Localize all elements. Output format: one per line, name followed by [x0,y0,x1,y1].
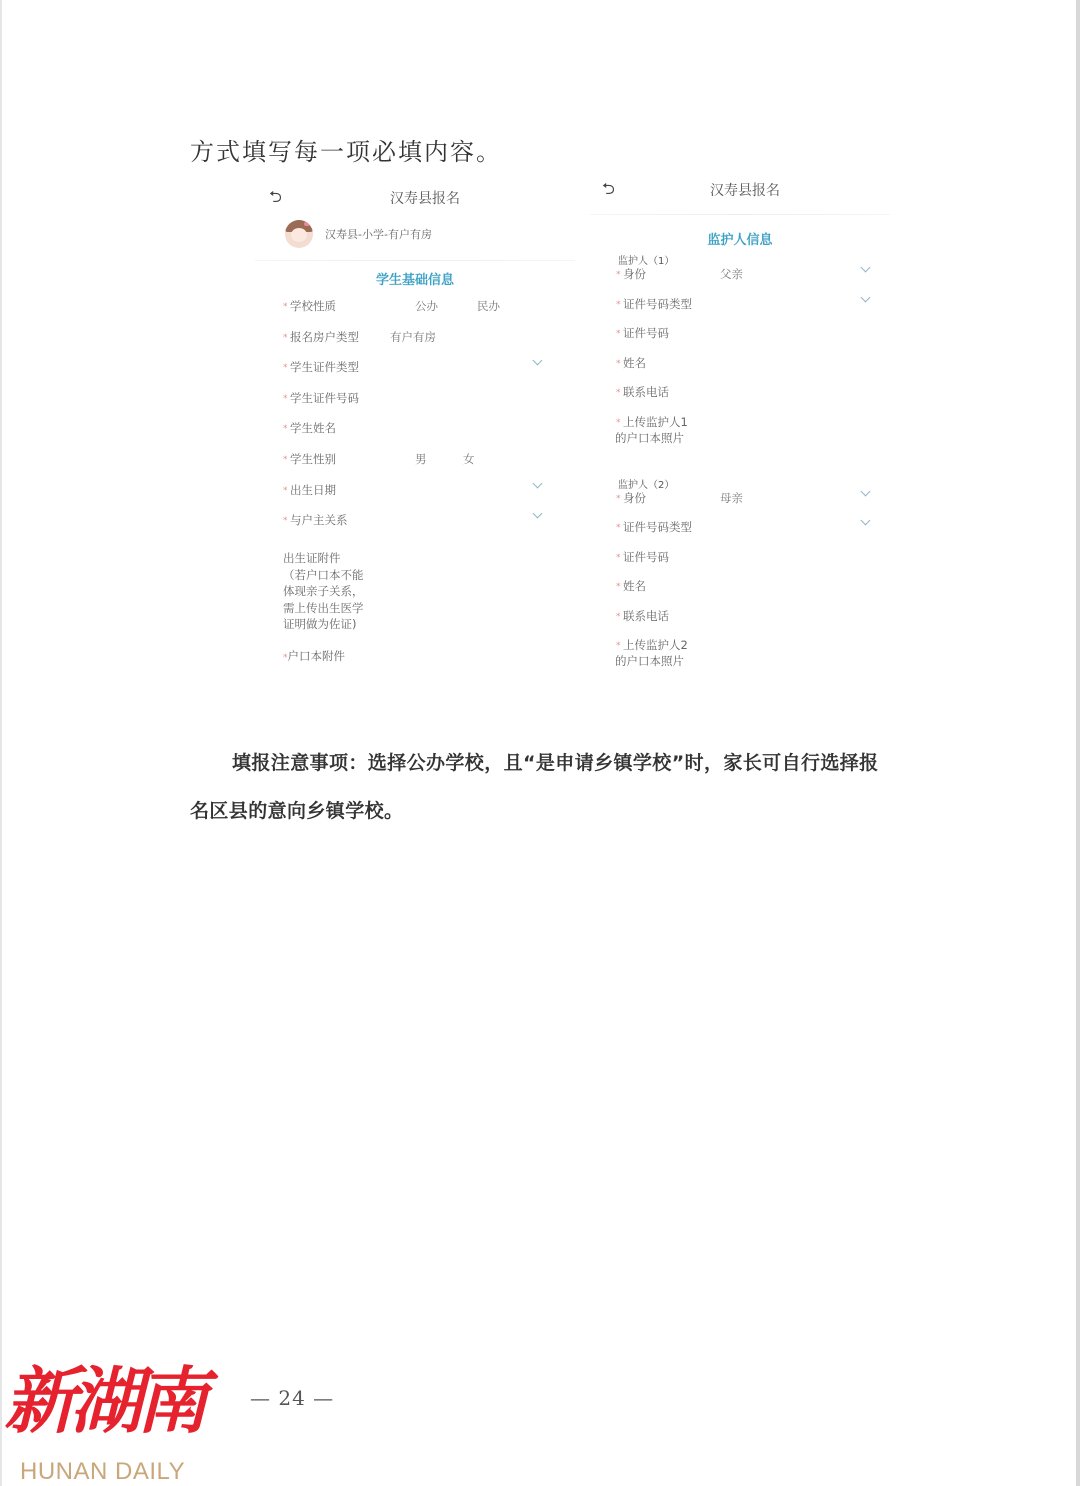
field-label: 出生日期 [290,482,336,498]
intro-text: 方式填写每一项必填内容。 [190,132,502,167]
required-mark: * [283,455,288,465]
guardian-2-heading: 监护人（2） [590,476,890,490]
screen-header: ⮌ 汉寿县报名 [255,178,575,218]
required-mark: * [283,302,288,312]
notice-text: 填报注意事项：选择公办学校，且“是申请乡镇学校”时，家长可自行选择报 [190,748,950,775]
field-label: 证件号码 [623,325,669,341]
student-info-screen: ⮌ 汉寿县报名 汉寿县-小学-有户有房 学生基础信息 * 学校性质 公办 民办 … [255,178,575,726]
field-label: 联系电话 [623,384,669,400]
field-birth-date[interactable]: * 出生日期 [255,482,575,513]
required-mark: * [616,329,621,339]
field-value: 父亲 [720,266,743,282]
divider [255,260,575,261]
required-mark: * [283,424,288,434]
field-label: 联系电话 [623,608,669,624]
field-label: 学生性别 [290,451,336,467]
section-title: 学生基础信息 [255,269,575,288]
logo-chinese: 新湖南 [4,1356,202,1446]
required-mark: * [616,270,621,280]
field-label: 报名房户类型 [290,329,359,345]
option-female[interactable]: 女 [463,451,475,467]
field-student-name[interactable]: * 学生姓名 [255,420,575,451]
guardian-1-heading: 监护人（1） [590,252,890,266]
field-value: 有户有房 [390,329,436,345]
required-mark: * [616,523,621,533]
guardian-2-hukou-upload[interactable]: * 上传监护人2 的户口本照片 [590,637,890,677]
field-label: 上传监护人1 的户口本照片 [623,414,688,446]
avatar [285,220,313,248]
profile-row: 汉寿县-小学-有户有房 [255,218,575,256]
hukou-upload-label[interactable]: *户口本附件 [283,648,345,667]
field-label: 学生姓名 [290,420,336,436]
field-label: 姓名 [623,355,646,371]
field-label: 证件号码类型 [623,519,692,535]
required-mark: * [616,418,621,428]
required-mark: * [616,359,621,369]
field-student-id-type[interactable]: * 学生证件类型 [255,359,575,390]
field-label: 姓名 [623,578,646,594]
required-mark: * [616,388,621,398]
hunan-daily-logo: 新湖南 HUNAN DAILY [0,1356,220,1486]
birth-certificate-upload-label[interactable]: 出生证附件 （若户口本不能 体现亲子关系， 需上传出生医学 证明做为佐证) [283,550,364,633]
field-label: 学校性质 [290,298,336,314]
page-edge [1076,0,1080,1486]
guardian-2-id-number[interactable]: * 证件号码 [590,549,890,579]
screen-title: 汉寿县报名 [590,180,890,200]
field-value: 母亲 [720,490,743,506]
page-number: — 24 — [250,1386,334,1410]
field-student-id-number[interactable]: * 学生证件号码 [255,390,575,421]
field-label: 学生证件类型 [290,359,359,375]
field-label: 证件号码类型 [623,296,692,312]
guardian-info-screen: ⮌ 汉寿县报名 监护人信息 监护人（1） * 身份 父亲 * 证件号码类型 * … [590,170,890,726]
required-mark: * [283,363,288,373]
guardian-1-hukou-upload[interactable]: * 上传监护人1 的户口本照片 [590,414,890,476]
required-mark: * [616,641,621,651]
option-private[interactable]: 民办 [477,298,500,314]
required-mark: * [616,300,621,310]
divider [590,214,890,215]
field-house-type: * 报名房户类型 有户有房 [255,329,575,360]
field-student-gender: * 学生性别 男 女 [255,451,575,482]
guardian-1-id-type[interactable]: * 证件号码类型 [590,296,890,326]
guardian-1-identity[interactable]: * 身份 父亲 [590,266,890,296]
option-public[interactable]: 公办 [415,298,438,314]
required-mark: * [616,494,621,504]
field-label: 上传监护人2 的户口本照片 [623,637,688,669]
required-mark: * [283,394,288,404]
page-edge [0,0,2,1486]
logo-english: HUNAN DAILY [20,1458,185,1486]
field-label: 与户主关系 [290,512,348,528]
guardian-1-name[interactable]: * 姓名 [590,355,890,385]
guardian-2-identity[interactable]: * 身份 母亲 [590,490,890,520]
field-relation-to-householder[interactable]: * 与户主关系 [255,512,575,543]
required-mark: * [616,612,621,622]
guardian-2-phone[interactable]: * 联系电话 [590,608,890,638]
guardian-1-id-number[interactable]: * 证件号码 [590,325,890,355]
field-label: 身份 [623,266,646,282]
screen-title: 汉寿县报名 [255,188,575,208]
required-mark: * [283,486,288,496]
screen-header: ⮌ 汉寿县报名 [590,170,890,210]
guardian-2-name[interactable]: * 姓名 [590,578,890,608]
field-school-type: * 学校性质 公办 民办 [255,298,575,329]
field-label: 证件号码 [623,549,669,565]
required-mark: * [283,333,288,343]
field-label: 身份 [623,490,646,506]
field-label: 学生证件号码 [290,390,359,406]
profile-name: 汉寿县-小学-有户有房 [325,226,432,242]
guardian-1-phone[interactable]: * 联系电话 [590,384,890,414]
guardian-2-id-type[interactable]: * 证件号码类型 [590,519,890,549]
section-title: 监护人信息 [590,229,890,248]
required-mark: * [283,516,288,526]
option-male[interactable]: 男 [415,451,427,467]
notice-text: 名区县的意向乡镇学校。 [190,796,950,823]
required-mark: * [616,553,621,563]
required-mark: * [616,582,621,592]
